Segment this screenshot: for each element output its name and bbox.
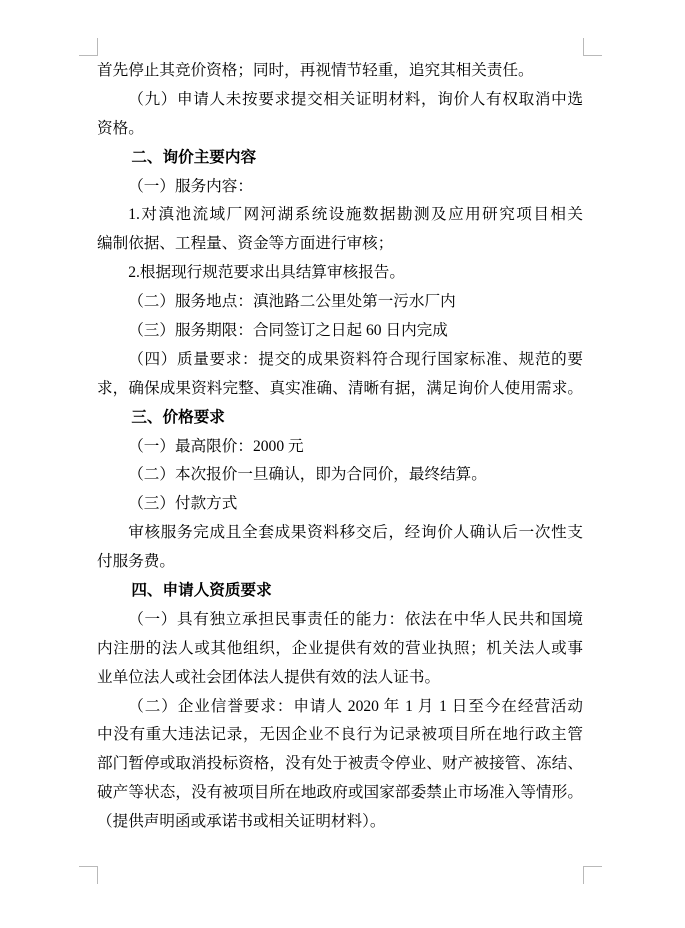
paragraph-line: 首先停止其竞价资格；同时，再视情节轻重，追究其相关责任。 bbox=[97, 57, 583, 86]
paragraph-line: （三）付款方式 bbox=[97, 490, 583, 519]
paragraph-line: 2.根据现行规范要求出具结算审核报告。 bbox=[97, 259, 583, 288]
paragraph-line: （三）服务期限：合同签订之日起 60 日内完成 bbox=[97, 317, 583, 346]
section-heading-price-requirements: 三、价格要求 bbox=[97, 404, 583, 433]
paragraph-line: （九）申请人未按要求提交相关证明材料，询价人有权取消中选 bbox=[97, 86, 583, 115]
paragraph-line: （二）服务地点：滇池路二公里处第一污水厂内 bbox=[97, 288, 583, 317]
margin-crop-mark-bottom-right bbox=[583, 866, 602, 884]
paragraph-line: 编制依据、工程量、资金等方面进行审核； bbox=[97, 230, 583, 259]
document-page: 首先停止其竞价资格；同时，再视情节轻重，追究其相关责任。 （九）申请人未按要求提… bbox=[0, 0, 685, 928]
paragraph-line: 中没有重大违法记录，无因企业不良行为记录被项目所在地行政主管 bbox=[97, 721, 583, 750]
section-heading-applicant-qualifications: 四、申请人资质要求 bbox=[97, 577, 583, 606]
paragraph-line: （二）企业信誉要求：申请人 2020 年 1 月 1 日至今在经营活动 bbox=[97, 693, 583, 722]
margin-crop-mark-top-left bbox=[79, 38, 98, 56]
paragraph-line: 付服务费。 bbox=[97, 548, 583, 577]
paragraph-line: 业单位法人或社会团体法人提供有效的法人证书。 bbox=[97, 664, 583, 693]
paragraph-line: （提供声明函或承诺书或相关证明材料）。 bbox=[97, 808, 583, 837]
document-body: 首先停止其竞价资格；同时，再视情节轻重，追究其相关责任。 （九）申请人未按要求提… bbox=[97, 57, 583, 837]
paragraph-line: （一）具有独立承担民事责任的能力：依法在中华人民共和国境 bbox=[97, 606, 583, 635]
paragraph-line: 资格。 bbox=[97, 115, 583, 144]
paragraph-line: （一）服务内容： bbox=[97, 173, 583, 202]
margin-crop-mark-top-right bbox=[583, 38, 602, 56]
margin-crop-mark-bottom-left bbox=[79, 866, 98, 884]
paragraph-line: （一）最高限价：2000 元 bbox=[97, 433, 583, 462]
paragraph-line: 审核服务完成且全套成果资料移交后，经询价人确认后一次性支 bbox=[97, 519, 583, 548]
paragraph-line: 破产等状态，没有被项目所在地政府或国家部委禁止市场准入等情形。 bbox=[97, 779, 583, 808]
section-heading-inquiry-content: 二、询价主要内容 bbox=[97, 144, 583, 173]
paragraph-line: （二）本次报价一旦确认，即为合同价，最终结算。 bbox=[97, 461, 583, 490]
paragraph-line: 求，确保成果资料完整、真实准确、清晰有据，满足询价人使用需求。 bbox=[97, 375, 583, 404]
paragraph-line: 部门暂停或取消投标资格，没有处于被责令停业、财产被接管、冻结、 bbox=[97, 750, 583, 779]
paragraph-line: 1.对滇池流域厂网河湖系统设施数据勘测及应用研究项目相关 bbox=[97, 201, 583, 230]
paragraph-line: 内注册的法人或其他组织，企业提供有效的营业执照；机关法人或事 bbox=[97, 635, 583, 664]
paragraph-line: （四）质量要求：提交的成果资料符合现行国家标准、规范的要 bbox=[97, 346, 583, 375]
